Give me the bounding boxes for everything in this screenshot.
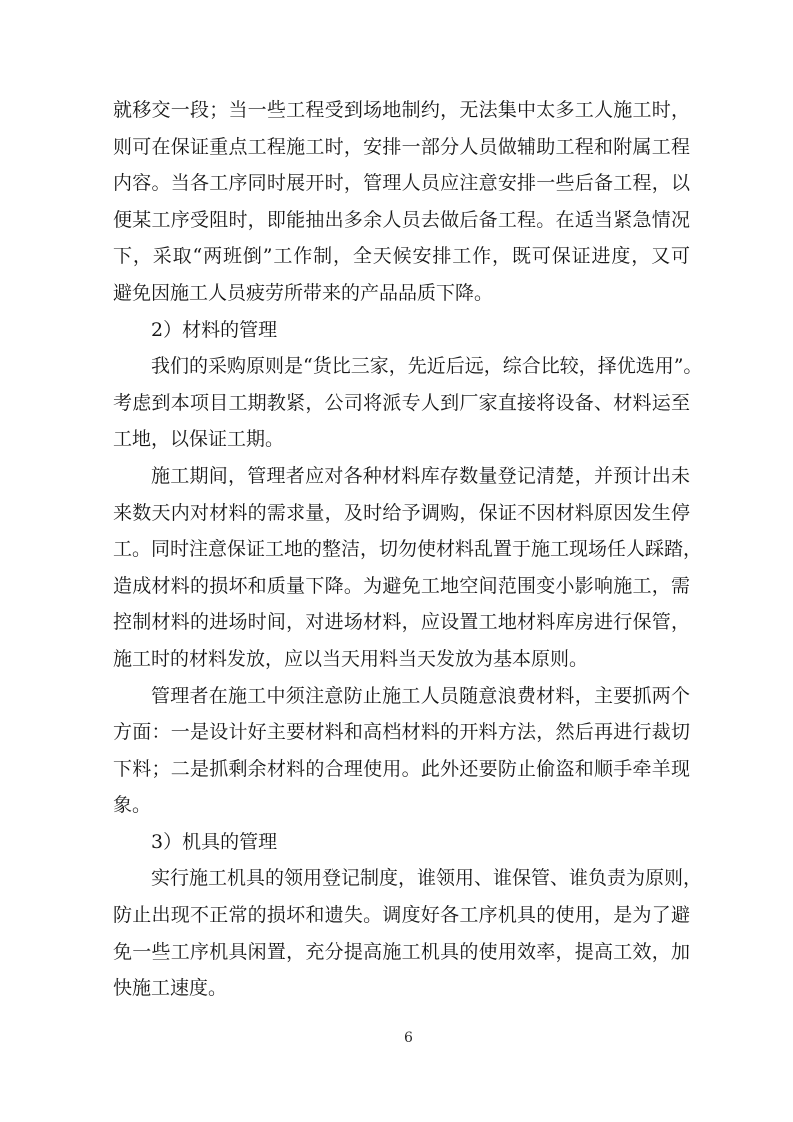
section-heading: 3）机具的管理 xyxy=(113,824,690,861)
text-line: 方面：一是设计好主要材料和高档材料的开料方法，然后再进行裁切 xyxy=(113,714,690,751)
text-line: 快施工速度。 xyxy=(113,970,690,1007)
text-line: 便某工序受阻时，即能抽出多余人员去做后备工程。在适当紧急情况 xyxy=(113,202,690,239)
text-line: 施工期间，管理者应对各种材料库存数量登记清楚，并预计出未 xyxy=(113,458,690,495)
text-line: 来数天内对材料的需求量，及时给予调购，保证不因材料原因发生停 xyxy=(113,495,690,532)
text-line: 施工时的材料发放，应以当天用料当天发放为基本原则。 xyxy=(113,641,690,678)
text-line: 下料；二是抓剩余材料的合理使用。此外还要防止偷盗和顺手牵羊现 xyxy=(113,751,690,788)
text-line: 管理者在施工中须注意防止施工人员随意浪费材料，主要抓两个 xyxy=(113,678,690,715)
text-line: 工。同时注意保证工地的整洁，切勿使材料乱置于施工现场任人踩踏， xyxy=(113,531,690,568)
page-number: 6 xyxy=(404,1030,413,1046)
text-line: 则可在保证重点工程施工时，安排一部分人员做辅助工程和附属工程 xyxy=(113,129,690,166)
document-page: 就移交一段；当一些工程受到场地制约，无法集中太多工人施工时， 则可在保证重点工程… xyxy=(0,0,793,1122)
text-line: 就移交一段；当一些工程受到场地制约，无法集中太多工人施工时， xyxy=(113,92,690,129)
text-line: 造成材料的损坏和质量下降。为避免工地空间范围变小影响施工，需 xyxy=(113,568,690,605)
text-line: 避免因施工人员疲劳所带来的产品品质下降。 xyxy=(113,275,690,312)
text-line: 下，采取“两班倒”工作制，全天候安排工作，既可保证进度，又可 xyxy=(113,238,690,275)
text-line: 我们的采购原则是“货比三家，先近后远，综合比较，择优选用”。 xyxy=(113,348,690,385)
page-footer: 6 xyxy=(12,1027,793,1046)
text-line: 内容。当各工序同时展开时，管理人员应注意安排一些后备工程，以 xyxy=(113,165,690,202)
section-heading: 2）材料的管理 xyxy=(113,312,690,349)
text-line: 控制材料的进场时间，对进场材料，应设置工地材料库房进行保管， xyxy=(113,604,690,641)
text-line: 实行施工机具的领用登记制度，谁领用、谁保管、谁负责为原则， xyxy=(113,860,690,897)
text-line: 象。 xyxy=(113,787,690,824)
document-body: 就移交一段；当一些工程受到场地制约，无法集中太多工人施工时， 则可在保证重点工程… xyxy=(113,92,690,1007)
text-line: 考虑到本项目工期教紧，公司将派专人到厂家直接将设备、材料运至 xyxy=(113,385,690,422)
text-line: 免一些工序机具闲置，充分提高施工机具的使用效率，提高工效，加 xyxy=(113,934,690,971)
text-line: 工地，以保证工期。 xyxy=(113,421,690,458)
text-line: 防止出现不正常的损坏和遗失。调度好各工序机具的使用，是为了避 xyxy=(113,897,690,934)
